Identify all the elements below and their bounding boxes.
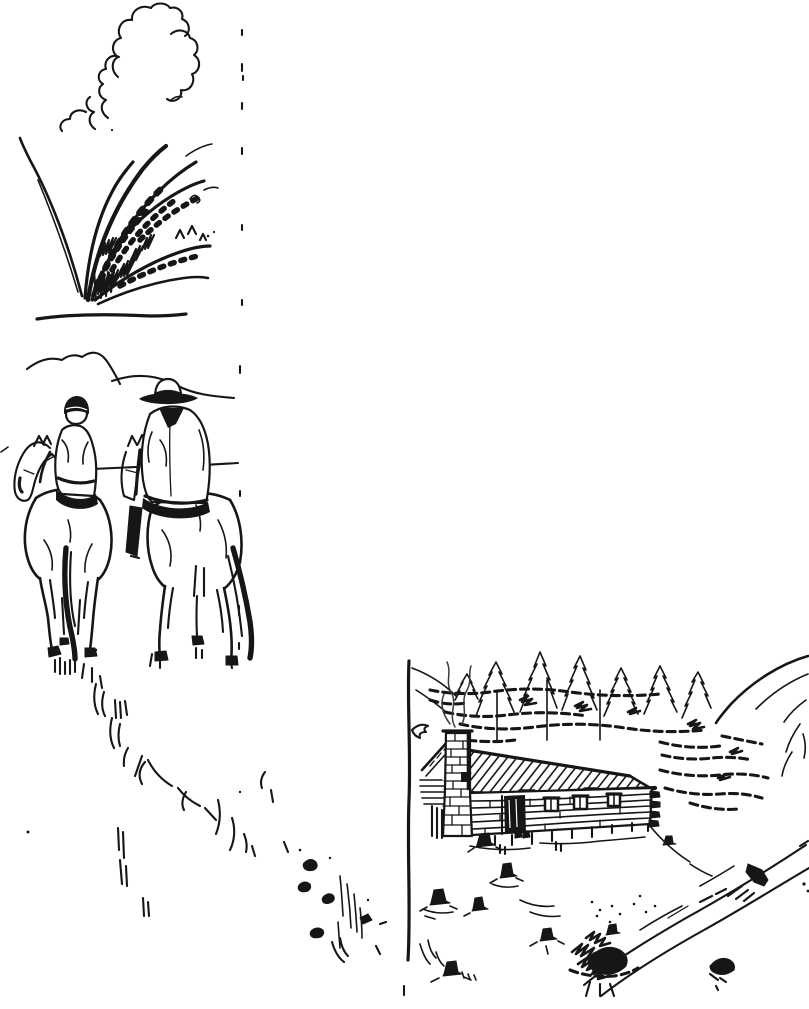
tree-stump — [663, 836, 676, 845]
door — [502, 795, 526, 834]
illustration-canvas — [0, 0, 809, 1009]
small-figure — [523, 831, 530, 838]
trail-rocks — [284, 842, 386, 962]
illustration-page — [0, 0, 809, 1009]
front-wall — [470, 788, 652, 835]
tree-stump — [443, 961, 462, 976]
brush-clump — [570, 932, 638, 996]
gable-window — [461, 772, 469, 782]
chimney — [443, 731, 472, 836]
hat-brim — [139, 393, 198, 404]
clearing-ground — [420, 833, 809, 996]
small-figure — [515, 830, 522, 838]
window-2 — [573, 796, 588, 809]
window-3 — [607, 794, 621, 806]
tree-stump — [606, 924, 620, 935]
right-rider-man — [138, 379, 210, 518]
bush-cloud-vignette — [20, 4, 218, 320]
tree-stump — [540, 928, 557, 941]
tree-stump — [472, 897, 488, 911]
riders-vignette — [1, 353, 252, 688]
cabin-vignette — [404, 652, 809, 996]
brush-clump — [710, 958, 735, 990]
window-1 — [544, 798, 559, 811]
border-line — [408, 661, 410, 960]
log-cabin — [412, 662, 660, 854]
tree-stump — [500, 863, 517, 878]
roof-hatching — [455, 748, 652, 793]
tree-stump — [430, 889, 450, 905]
trail-vignette — [27, 649, 387, 962]
stirrup-leather — [126, 506, 142, 556]
brush-spray — [20, 129, 218, 304]
ground-line — [37, 314, 186, 319]
fallen-log — [746, 864, 768, 886]
cloud-outlines — [60, 4, 199, 132]
bush-by-chimney — [412, 725, 428, 738]
